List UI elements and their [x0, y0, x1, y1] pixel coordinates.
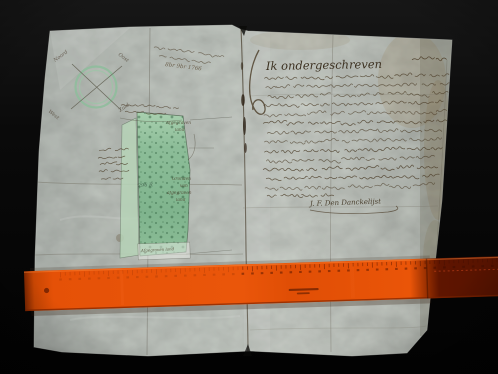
photo-of-antique-document: Noord Oost West Zuid 296 R Afgegraven la…	[0, 0, 498, 374]
photo-canvas: Noord Oost West Zuid 296 R Afgegraven la…	[0, 0, 498, 374]
photo-vignette	[0, 0, 498, 374]
